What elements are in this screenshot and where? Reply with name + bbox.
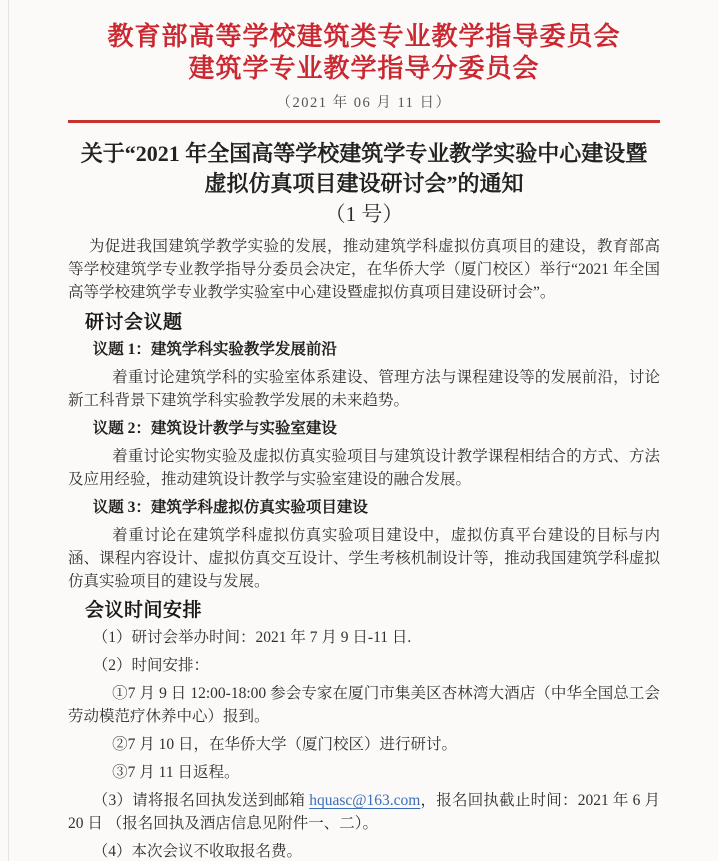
org-title-line1: 教育部高等学校建筑类专业教学指导委员会 — [68, 20, 660, 52]
schedule-item-3: （3）请将报名回执发送到邮箱 hquasc@163.com，报名回执截止时间：2… — [68, 789, 660, 835]
schedule-item-4: （4）本次会议不收取报名费。 — [68, 840, 660, 861]
notice-number: （1 号） — [68, 199, 660, 229]
org-title: 教育部高等学校建筑类专业教学指导委员会 建筑学专业教学指导分委员会 — [68, 20, 660, 84]
schedule-sub-item-1: ①7 月 9 日 12:00-18:00 参会专家在厦门市集美区杏林湾大酒店（中… — [68, 682, 660, 728]
schedule-item-1: （1）研讨会举办时间：2021 年 7 月 9 日-11 日. — [68, 626, 660, 649]
scan-artifact-line — [8, 0, 9, 861]
notice-title-line1: 关于“2021 年全国高等学校建筑学专业教学实验中心建设暨 — [68, 139, 660, 169]
notice-title: 关于“2021 年全国高等学校建筑学专业教学实验中心建设暨 虚拟仿真项目建设研讨… — [68, 139, 660, 229]
topic-block-3: 议题 3：建筑学科虚拟仿真实验项目建设 着重讨论在建筑学科虚拟仿真实验项目建设中… — [68, 496, 660, 593]
topic-3-label: 议题 3：建筑学科虚拟仿真实验项目建设 — [68, 496, 660, 519]
letterhead: 教育部高等学校建筑类专业教学指导委员会 建筑学专业教学指导分委员会 （2021 … — [68, 20, 660, 123]
schedule-item-3-pre: （3）请将报名回执发送到邮箱 — [93, 792, 309, 809]
topic-2-body: 着重讨论实物实验及虚拟仿真实验项目与建筑设计教学课程相结合的方式、方法及应用经验… — [68, 445, 660, 491]
org-title-line2: 建筑学专业教学指导分委员会 — [68, 52, 660, 84]
topic-block-2: 议题 2：建筑设计教学与实验室建设 着重讨论实物实验及虚拟仿真实验项目与建筑设计… — [68, 417, 660, 491]
schedule-sub-item-3: ③7 月 11 日返程。 — [68, 761, 660, 784]
document-page: 教育部高等学校建筑类专业教学指导委员会 建筑学专业教学指导分委员会 （2021 … — [0, 0, 718, 861]
intro-paragraph: 为促进我国建筑学教学实验的发展，推动建筑学科虚拟仿真项目的建设，教育部高等学校建… — [68, 235, 660, 304]
topic-3-body: 着重讨论在建筑学科虚拟仿真实验项目建设中，虚拟仿真平台建设的目标与内涵、课程内容… — [68, 524, 660, 593]
topic-block-1: 议题 1：建筑学科实验教学发展前沿 着重讨论建筑学科的实验室体系建设、管理方法与… — [68, 338, 660, 412]
section-heading-topics: 研讨会议题 — [85, 312, 660, 333]
red-divider-rule — [68, 120, 660, 123]
notice-title-line2: 虚拟仿真项目建设研讨会”的通知 — [68, 169, 660, 199]
topic-1-body: 着重讨论建筑学科的实验室体系建设、管理方法与课程建设等的发展前沿，讨论新工科背景… — [68, 366, 660, 412]
schedule-sub-item-2: ②7 月 10 日，在华侨大学（厦门校区）进行研讨。 — [68, 733, 660, 756]
section-heading-schedule: 会议时间安排 — [85, 600, 660, 621]
topic-1-label: 议题 1：建筑学科实验教学发展前沿 — [68, 338, 660, 361]
email-link[interactable]: hquasc@163.com — [309, 792, 420, 809]
issue-date: （2021 年 06 月 11 日） — [68, 93, 660, 113]
schedule-item-2: （2）时间安排： — [68, 654, 660, 677]
topic-2-label: 议题 2：建筑设计教学与实验室建设 — [68, 417, 660, 440]
